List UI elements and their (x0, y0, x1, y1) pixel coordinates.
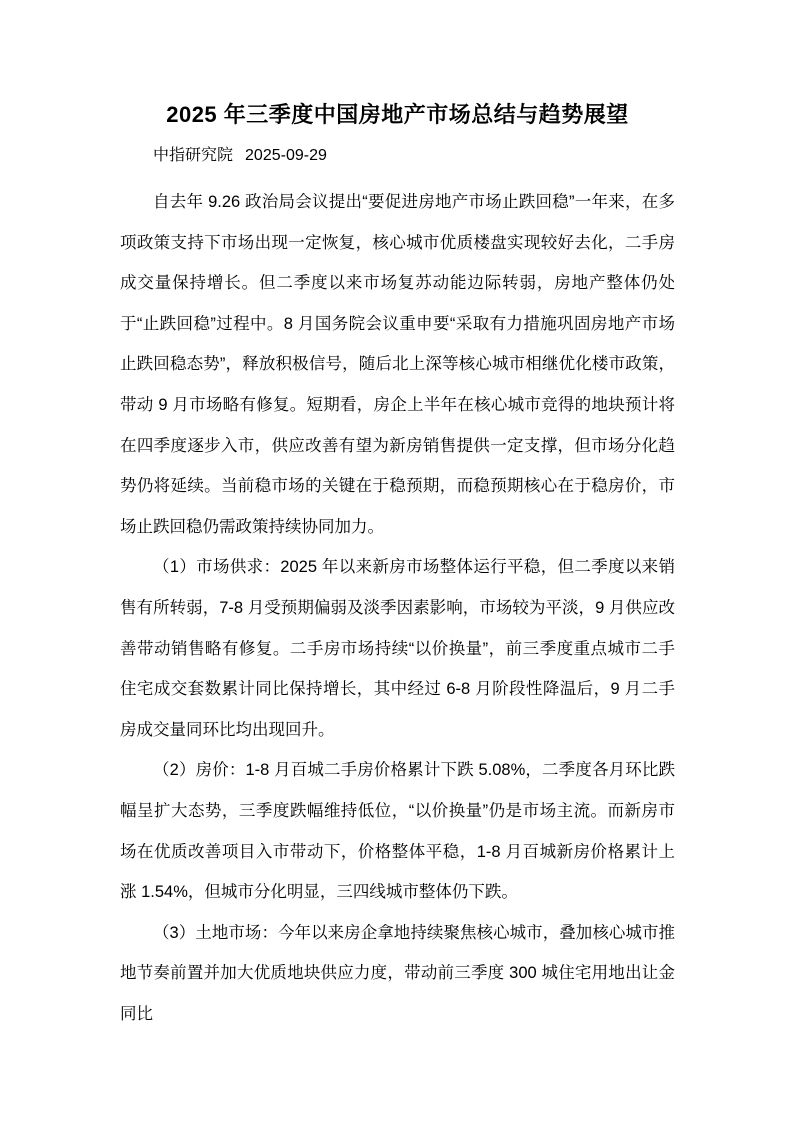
paragraph-land-market: （3）土地市场：今年以来房企拿地持续聚焦核心城市，叠加核心城市推地节奏前置并加大… (120, 913, 675, 1035)
document-body: 自去年 9.26 政治局会议提出“要促进房地产市场止跌回稳”一年来，在多项政策支… (120, 182, 675, 1034)
byline-date: 2025-09-29 (245, 147, 327, 164)
paragraph-housing-prices: （2）房价：1-8 月百城二手房价格累计下跌 5.08%，二季度各月环比跌幅呈扩… (120, 750, 675, 912)
document-byline: 中指研究院2025-09-29 (120, 144, 675, 168)
document-title: 2025 年三季度中国房地产市场总结与趋势展望 (120, 98, 675, 132)
paragraph-intro: 自去年 9.26 政治局会议提出“要促进房地产市场止跌回稳”一年来，在多项政策支… (120, 182, 675, 547)
document-page: 2025 年三季度中国房地产市场总结与趋势展望 中指研究院2025-09-29 … (0, 0, 794, 1123)
paragraph-market-supply-demand: （1）市场供求：2025 年以来新房市场整体运行平稳，但二季度以来销售有所转弱，… (120, 547, 675, 750)
byline-source: 中指研究院 (153, 147, 233, 164)
